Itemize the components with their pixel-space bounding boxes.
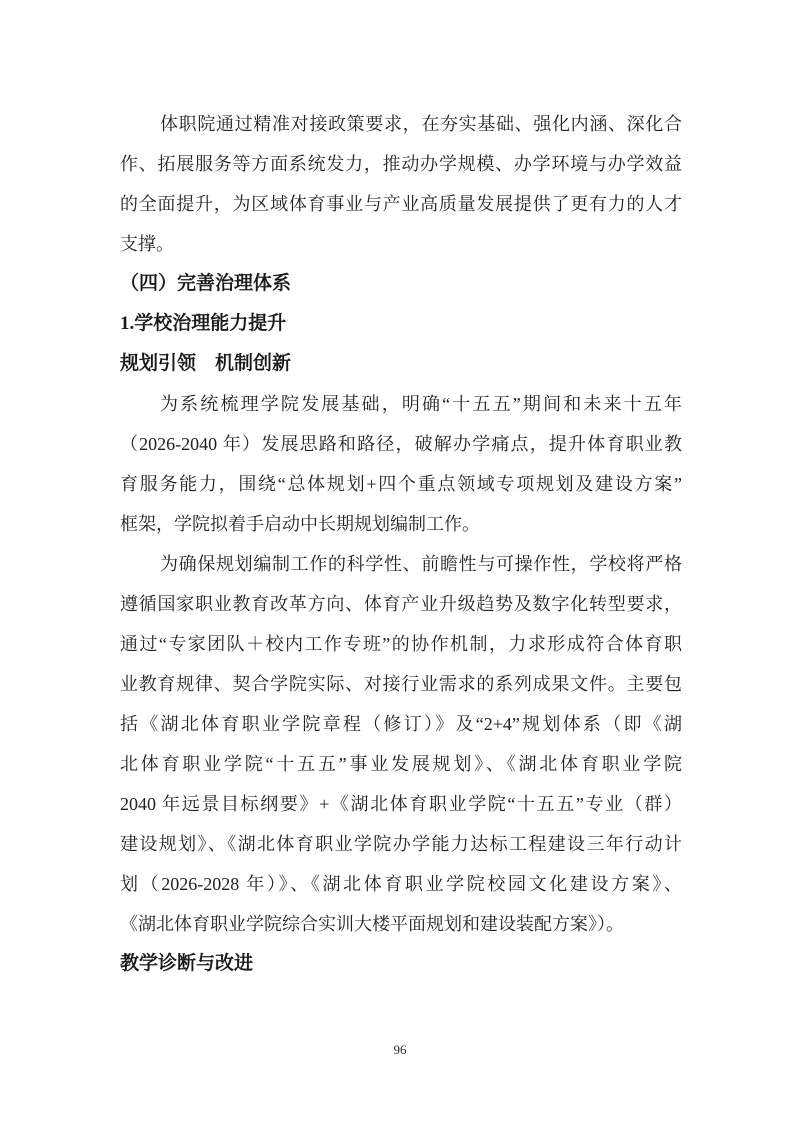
paragraph3-line3: 通过“专家团队＋校内工作专班”的协作机制，力求形成符合体育职 <box>120 624 682 664</box>
paragraph1-line1: 体职院通过精准对接政策要求，在夯实基础、强化内涵、深化合 <box>120 104 682 144</box>
page-number: 96 <box>0 1042 800 1058</box>
document-page: 体职院通过精准对接政策要求，在夯实基础、强化内涵、深化合 作、拓展服务等方面系统… <box>0 0 800 1131</box>
paragraph2-line1: 为系统梳理学院发展基础，明确“十五五”期间和未来十五年 <box>120 384 682 424</box>
section-heading: （四）完善治理体系 <box>120 264 682 304</box>
paragraph3-line9: 划（2026-2028 年）》、《湖北体育职业学院校园文化建设方案》、 <box>120 864 682 904</box>
paragraph2-line3: 育服务能力，围绕“总体规划+四个重点领域专项规划及建设方案” <box>120 464 682 504</box>
paragraph3-line4: 业教育规律、契合学院实际、对接行业需求的系列成果文件。主要包 <box>120 664 682 704</box>
subsection-heading: 1.学校治理能力提升 <box>120 304 682 344</box>
paragraph1-line2: 作、拓展服务等方面系统发力，推动办学规模、办学环境与办学效益 <box>120 144 682 184</box>
paragraph3-line1: 为确保规划编制工作的科学性、前瞻性与可操作性，学校将严格 <box>120 544 682 584</box>
paragraph3-line5: 括《湖北体育职业学院章程（修订）》及“2+4”规划体系（即《湖 <box>120 704 682 744</box>
paragraph3-line10: 《湖北体育职业学院综合实训大楼平面规划和建设装配方案》）。 <box>120 904 682 944</box>
topic-heading-planning: 规划引领 机制创新 <box>120 344 682 384</box>
paragraph2-line4: 框架，学院拟着手启动中长期规划编制工作。 <box>120 504 682 544</box>
paragraph3-line6: 北体育职业学院“十五五”事业发展规划》、《湖北体育职业学院 <box>120 744 682 784</box>
paragraph1-line3: 的全面提升，为区域体育事业与产业高质量发展提供了更有力的人才 <box>120 184 682 224</box>
paragraph1-line4: 支撑。 <box>120 224 682 264</box>
document-body: 体职院通过精准对接政策要求，在夯实基础、强化内涵、深化合 作、拓展服务等方面系统… <box>120 104 682 984</box>
topic-heading-teaching: 教学诊断与改进 <box>120 944 682 984</box>
paragraph3-line8: 建设规划》、《湖北体育职业学院办学能力达标工程建设三年行动计 <box>120 824 682 864</box>
paragraph3-line7: 2040 年远景目标纲要》+《湖北体育职业学院“十五五”专业（群） <box>120 784 682 824</box>
paragraph2-line2: （2026-2040 年）发展思路和路径，破解办学痛点，提升体育职业教 <box>120 424 682 464</box>
paragraph3-line2: 遵循国家职业教育改革方向、体育产业升级趋势及数字化转型要求， <box>120 584 682 624</box>
